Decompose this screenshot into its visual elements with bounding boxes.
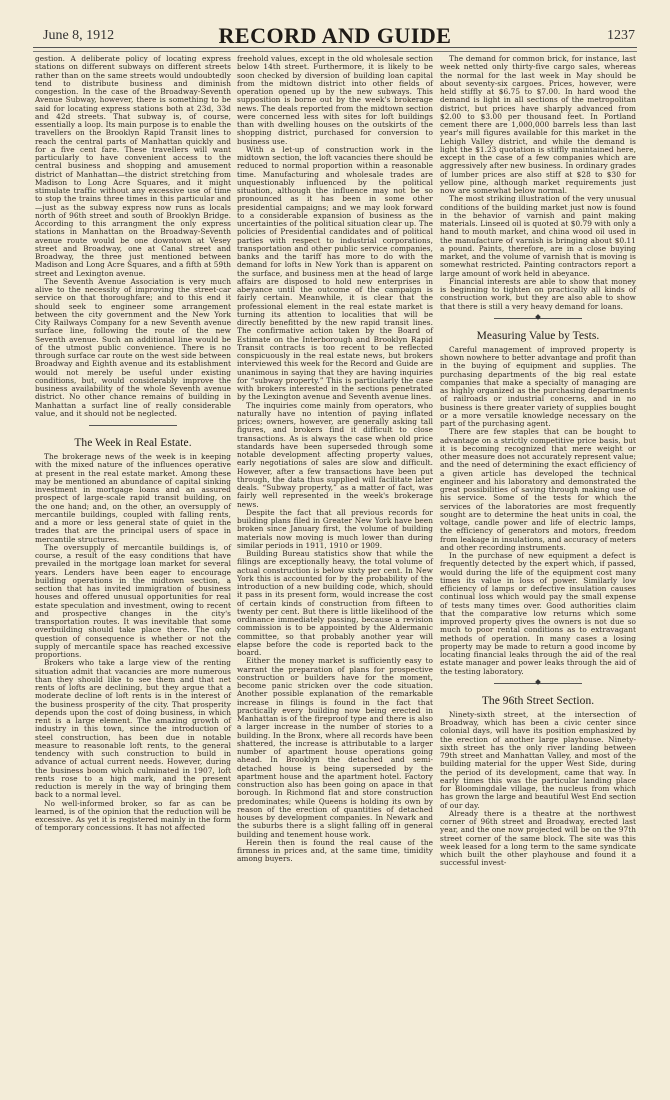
column-3: The demand for common brick, for instanc…: [440, 55, 636, 868]
paragraph: The oversupply of mercantile buildings i…: [35, 544, 231, 660]
paragraph: Either the money market is sufficiently …: [237, 657, 433, 839]
section-separator: [440, 311, 636, 325]
week-in-real-estate-body: The brokerage news of the week is in kee…: [35, 453, 231, 833]
paragraph: Herein then is found the real cause of t…: [237, 839, 433, 864]
section-separator: [35, 418, 231, 432]
paragraph: No well-informed broker, so far as can b…: [35, 800, 231, 833]
paragraph: The most striking illustration of the ve…: [440, 195, 636, 278]
paragraph: freehold values, except in the old whole…: [237, 55, 433, 146]
paragraph: Careful management of improved property …: [440, 346, 636, 429]
96th-street-body: Ninety-sixth street, at the intersection…: [440, 711, 636, 868]
heading-96th-street-section: The 96th Street Section.: [440, 694, 636, 708]
heading-week-in-real-estate: The Week in Real Estate.: [35, 436, 231, 450]
column-2: freehold values, except in the old whole…: [237, 55, 433, 864]
paragraph: Already there is a theatre at the northw…: [440, 810, 636, 868]
paragraph: Despite the fact that all previous recor…: [237, 509, 433, 550]
paragraph: There are few staples that can be bought…: [440, 428, 636, 552]
paragraph: The brokerage news of the week is in kee…: [35, 453, 231, 544]
paragraph: Building Bureau statistics show that whi…: [237, 550, 433, 657]
header-rule-secondary: [33, 51, 637, 52]
paragraph: The inquiries come mainly from operators…: [237, 402, 433, 509]
measuring-value-body: Careful management of improved property …: [440, 346, 636, 676]
column-2-body: freehold values, except in the old whole…: [237, 55, 433, 864]
column-3-body: The demand for common brick, for instanc…: [440, 55, 636, 311]
paragraph: The demand for common brick, for instanc…: [440, 55, 636, 195]
paragraph: Brokers who take a large view of the ren…: [35, 659, 231, 799]
heading-measuring-value-by-tests: Measuring Value by Tests.: [440, 329, 636, 343]
column-1: gestion. A deliberate policy of locating…: [35, 55, 231, 833]
paragraph: In the purchase of new equipment a defec…: [440, 552, 636, 676]
paragraph: The Seventh Avenue Association is very m…: [35, 278, 231, 418]
header-rule: [33, 47, 637, 48]
section-separator: [440, 676, 636, 690]
newspaper-page: June 8, 1912 RECORD AND GUIDE 1237 gesti…: [0, 0, 670, 1100]
page-number: 1237: [607, 28, 635, 44]
paragraph: Ninety-sixth street, at the intersection…: [440, 711, 636, 810]
masthead: June 8, 1912 RECORD AND GUIDE 1237: [33, 20, 637, 46]
column-1-body: gestion. A deliberate policy of locating…: [35, 55, 231, 418]
paragraph: gestion. A deliberate policy of locating…: [35, 55, 231, 278]
paragraph: With a let-up of construction work in th…: [237, 146, 433, 402]
paragraph: Financial interests are able to show tha…: [440, 278, 636, 311]
publication-title: RECORD AND GUIDE: [33, 23, 637, 49]
